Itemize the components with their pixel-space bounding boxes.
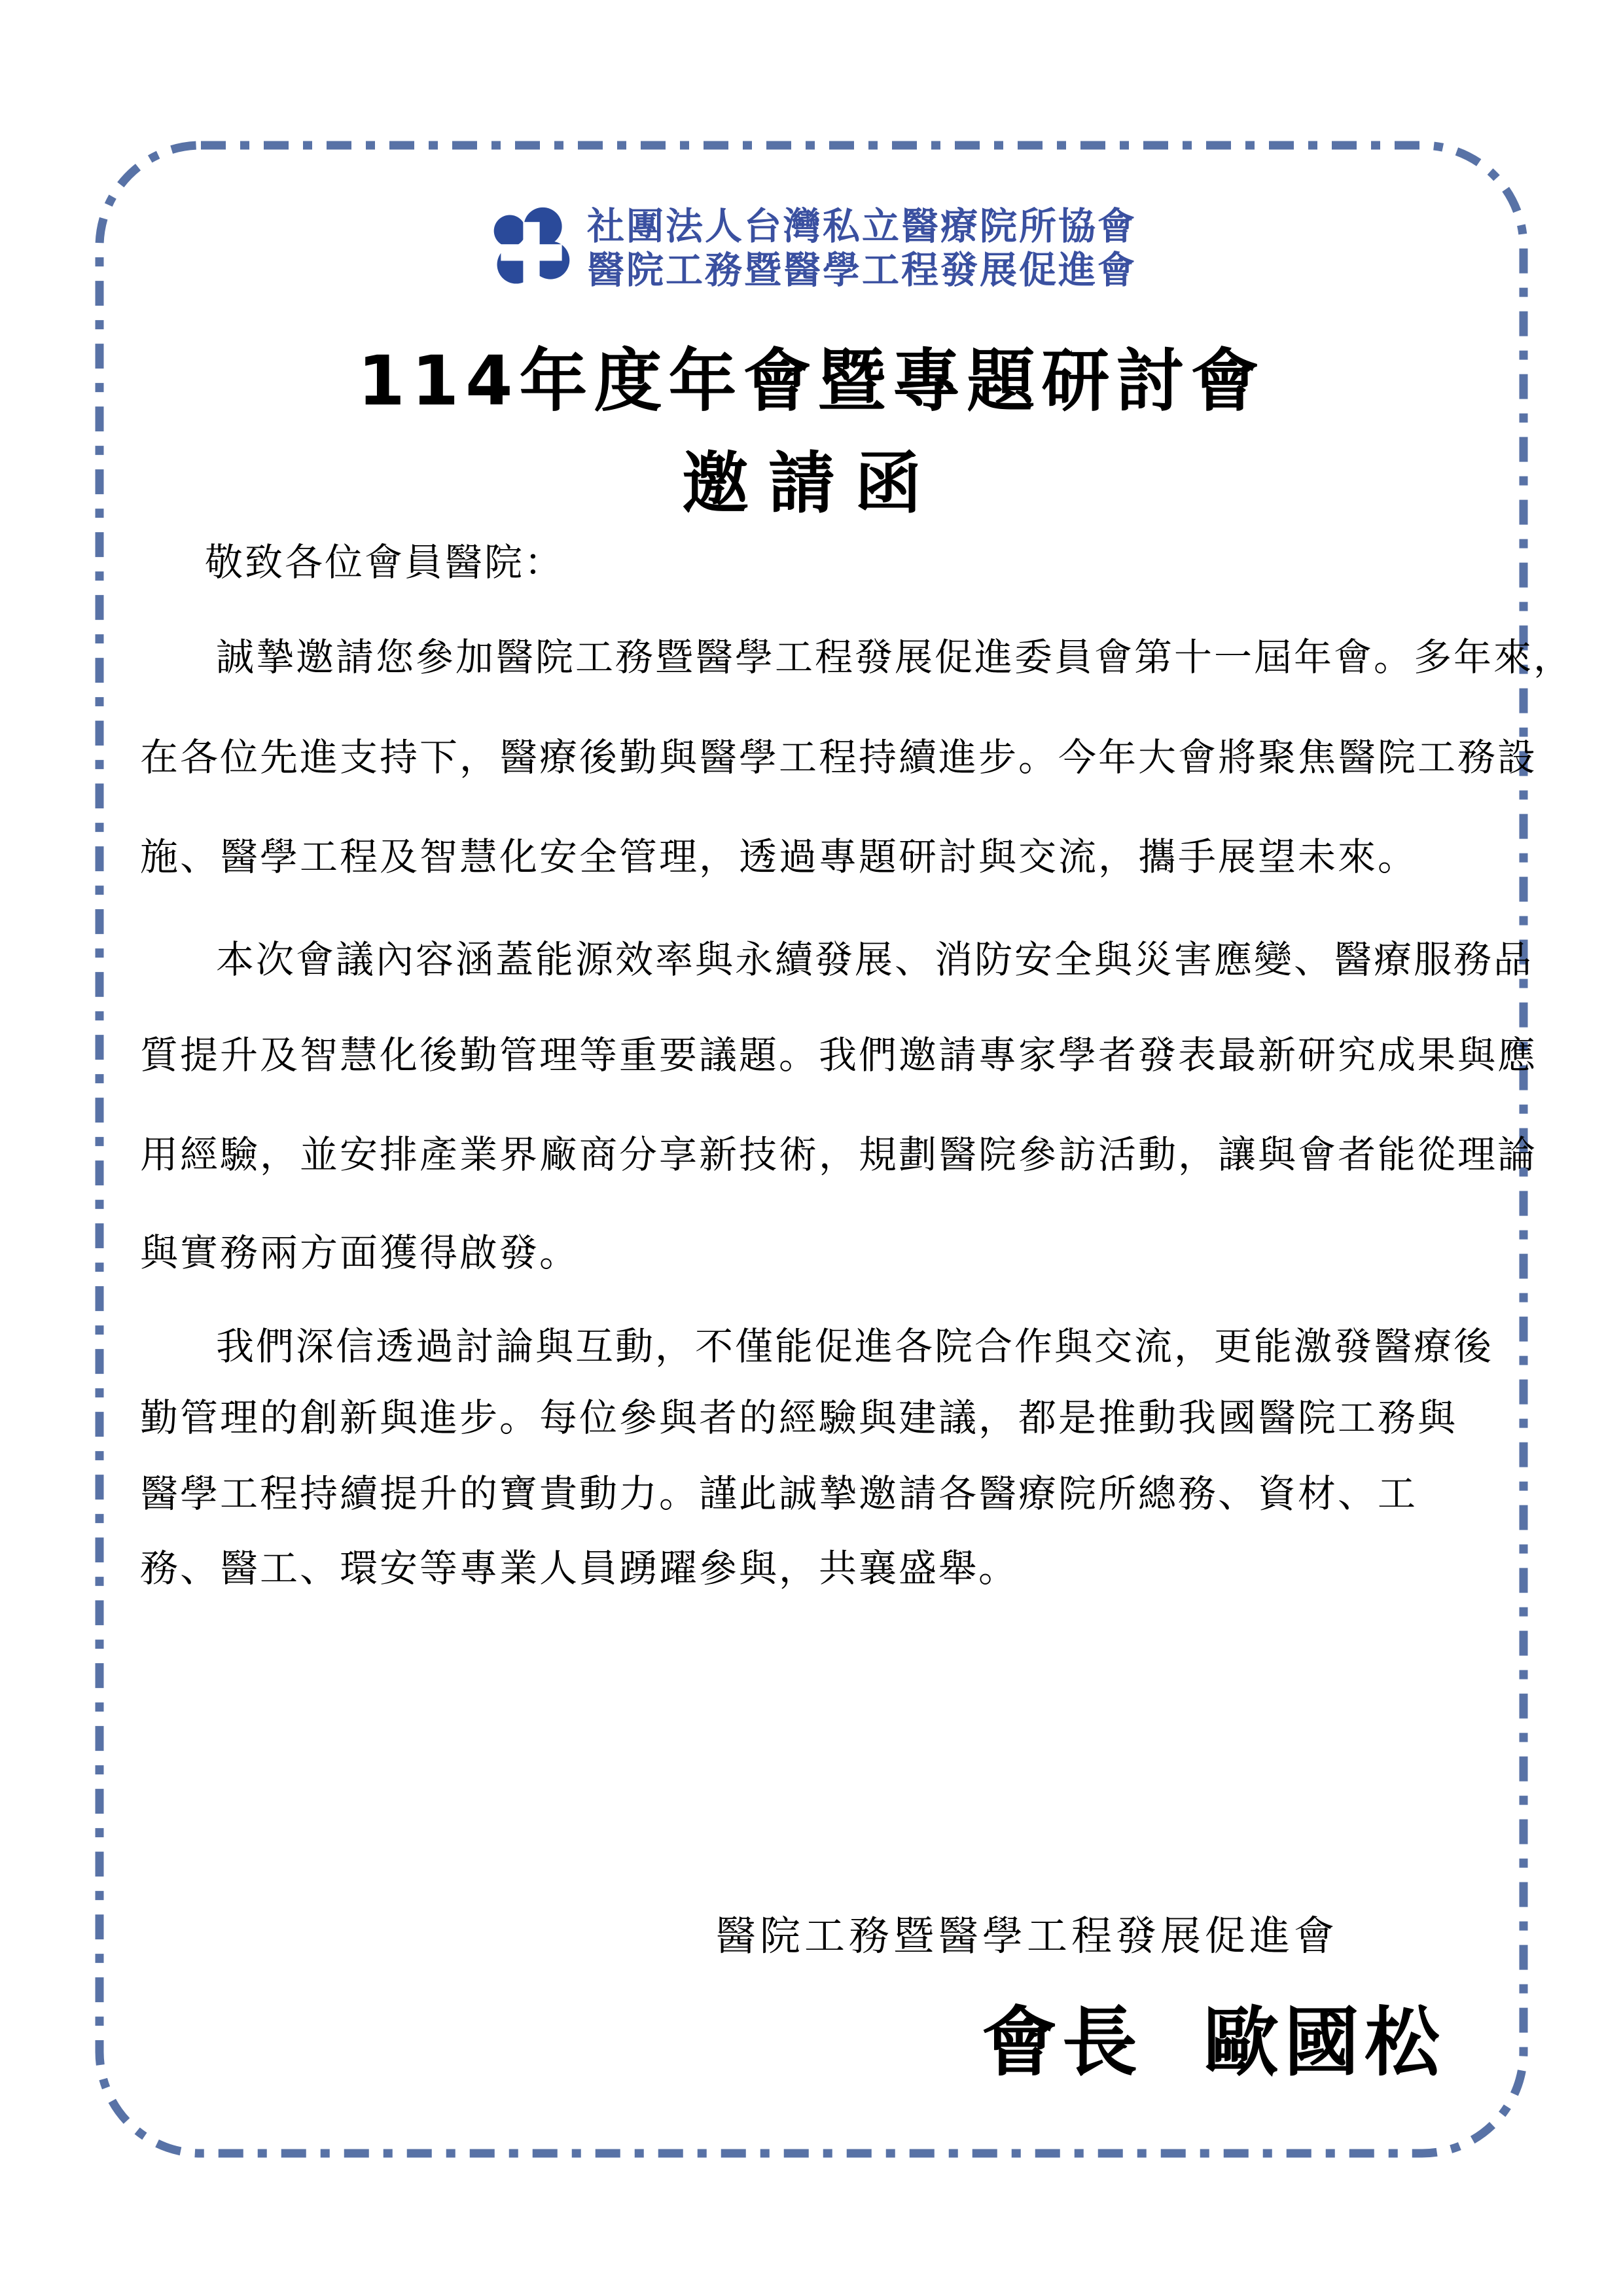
invitation-letter-page: { "colors":{ "border-blue":"#5872a6", "l… xyxy=(0,0,1623,2296)
signature-organization: 醫院工務暨醫學工程發展促進會 xyxy=(715,1903,1338,1962)
association-name-line2: 醫院工務暨醫學工程發展促進會 xyxy=(587,249,1137,293)
salutation: 敬致各位會員醫院： xyxy=(205,543,564,581)
association-name-line1: 社團法人台灣私立醫療院所協會 xyxy=(587,205,1137,249)
letter-line: 誠摯邀請您參加醫院工務暨醫學工程發展促進委員會第十一屆年會。多年來， xyxy=(216,638,1573,676)
letter-line: 用經驗，並安排產業界廠商分享新技術，規劃醫院參訪活動，讓與會者能從理論 xyxy=(140,1136,1537,1174)
document-subtitle: 邀請函 xyxy=(0,431,1623,526)
letter-line: 本次會議內容涵蓋能源效率與永續發展、消防安全與災害應變、醫療服務品 xyxy=(216,941,1533,978)
letter-line: 我們深信透過討論與互動，不僅能促進各院合作與交流，更能激發醫療後 xyxy=(216,1327,1493,1365)
document-title: 114年度年會暨專題研討會 xyxy=(0,326,1623,424)
association-name: 社團法人台灣私立醫療院所協會 醫院工務暨醫學工程發展促進會 xyxy=(587,205,1137,293)
letter-line: 施、醫學工程及智慧化安全管理，透過專題研討與交流，攜手展望未來。 xyxy=(140,838,1418,876)
header: 社團法人台灣私立醫療院所協會 醫院工務暨醫學工程發展促進會 xyxy=(0,204,1623,293)
association-logo-icon xyxy=(486,204,577,293)
letter-line: 勤管理的創新與進步。每位參與者的經驗與建議，都是推動我國醫院工務與 xyxy=(140,1399,1457,1437)
letter-line: 與實務兩方面獲得啟發。 xyxy=(140,1234,579,1272)
letter-line: 醫學工程持續提升的寶貴動力。謹此誠摯邀請各醫療院所總務、資材、工 xyxy=(140,1475,1418,1513)
signature-chairman-name: 會長 歐國松 xyxy=(982,1982,1445,2090)
letter-line: 質提升及智慧化後勤管理等重要議題。我們邀請專家學者發表最新研究成果與應 xyxy=(140,1036,1537,1074)
letter-line: 在各位先進支持下，醫療後勤與醫學工程持續進步。今年大會將聚焦醫院工務設 xyxy=(140,738,1537,776)
letter-line: 務、醫工、環安等專業人員踴躍參與，共襄盛舉。 xyxy=(140,1549,1018,1587)
